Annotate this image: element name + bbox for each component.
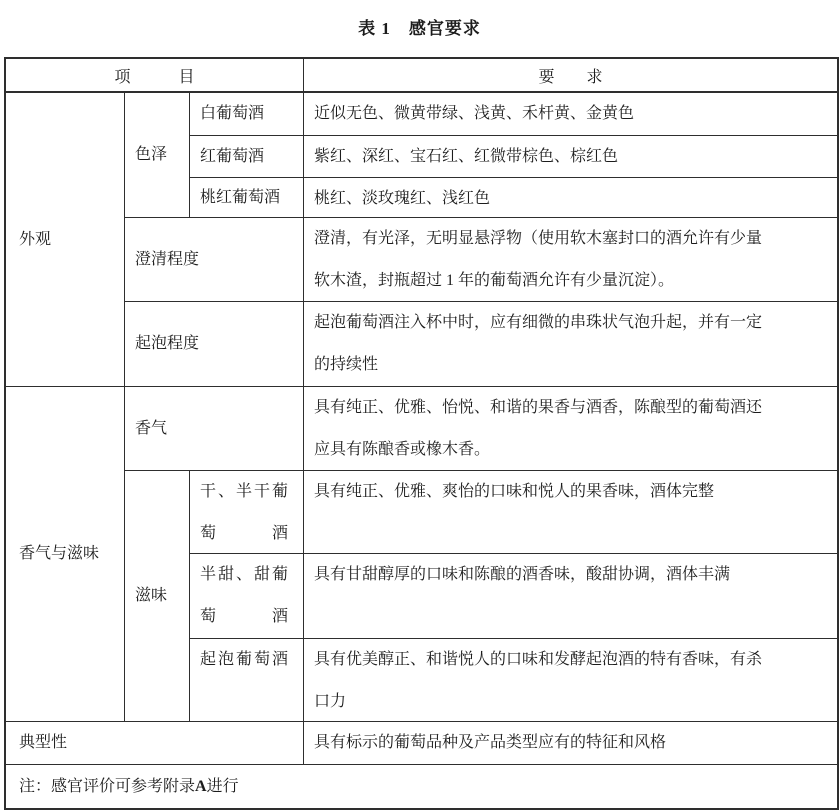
cell-effervescence: 起泡程度 xyxy=(125,302,304,387)
cell-note: 注：感官评价可参考附录 A 进行 xyxy=(6,765,837,808)
header-item-cell: 项 目 xyxy=(6,59,304,93)
effervescence-req-text: 起泡葡萄酒注入杯中时，应有细微的串珠状气泡升起，并有一定的持续性 xyxy=(314,302,766,386)
cell-clarity: 澄清程度 xyxy=(125,218,304,302)
cell-aroma: 香气 xyxy=(125,387,304,471)
cell-semisweet-sweet-wine: 半甜、甜葡萄酒 xyxy=(190,554,304,639)
cell-appearance: 外观 xyxy=(6,93,125,387)
aroma-req-text: 具有纯正、优雅、怡悦、和谐的果香与酒香，陈酿型的葡萄酒还应具有陈酿香或橡木香。 xyxy=(314,387,766,471)
cell-typicality: 典型性 xyxy=(6,722,304,765)
typicality-req-text: 具有标示的葡萄品种及产品类型应有的特征和风格 xyxy=(314,722,666,764)
dry-semidry-wine-label: 干、半干葡萄酒 xyxy=(200,471,288,554)
sparkling-wine-label: 起泡葡萄酒 xyxy=(200,639,288,681)
note-suffix: 进行 xyxy=(207,766,239,808)
sensory-requirements-table: 项 目 要 求 外观 色泽 白葡萄酒 近似无色、微黄带绿、浅黄、禾杆黄、金黄色 … xyxy=(4,57,839,810)
cell-rose-wine: 桃红葡萄酒 xyxy=(190,178,304,218)
cell-color: 色泽 xyxy=(125,93,190,218)
cell-dry-semidry-wine-req: 具有纯正、优雅、爽怡的口味和悦人的果香味，酒体完整 xyxy=(304,471,837,554)
cell-clarity-req: 澄清，有光泽，无明显悬浮物（使用软木塞封口的酒允许有少量软木渣，封瓶超过 1 年… xyxy=(304,218,837,302)
cell-rose-wine-req: 桃红、淡玫瑰红、浅红色 xyxy=(304,178,837,218)
note-appendix-ref: A xyxy=(195,766,207,808)
cell-semisweet-sweet-wine-req: 具有甘甜醇厚的口味和陈酿的酒香味，酸甜协调，酒体丰满 xyxy=(304,554,837,639)
dry-semidry-wine-req-text: 具有纯正、优雅、爽怡的口味和悦人的果香味，酒体完整 xyxy=(314,471,714,513)
cell-red-wine-req: 紫红、深红、宝石红、红微带棕色、棕红色 xyxy=(304,136,837,178)
white-wine-req-text: 近似无色、微黄带绿、浅黄、禾杆黄、金黄色 xyxy=(314,93,634,135)
table-title: 表 1 感官要求 xyxy=(0,14,839,39)
cell-sparkling-wine: 起泡葡萄酒 xyxy=(190,639,304,722)
cell-dry-semidry-wine: 干、半干葡萄酒 xyxy=(190,471,304,554)
semisweet-sweet-wine-req-text: 具有甘甜醇厚的口味和陈酿的酒香味，酸甜协调，酒体丰满 xyxy=(314,554,730,596)
note-prefix: 注：感官评价可参考附录 xyxy=(19,766,195,808)
cell-sparkling-wine-req: 具有优美醇正、和谐悦人的口味和发酵起泡酒的特有香味，有杀口力 xyxy=(304,639,837,722)
clarity-req-text: 澄清，有光泽，无明显悬浮物（使用软木塞封口的酒允许有少量软木渣，封瓶超过 1 年… xyxy=(314,218,766,302)
cell-effervescence-req: 起泡葡萄酒注入杯中时，应有细微的串珠状气泡升起，并有一定的持续性 xyxy=(304,302,837,387)
sparkling-wine-req-text: 具有优美醇正、和谐悦人的口味和发酵起泡酒的特有香味，有杀口力 xyxy=(314,639,766,722)
red-wine-req-text: 紫红、深红、宝石红、红微带棕色、棕红色 xyxy=(314,136,618,178)
cell-white-wine-req: 近似无色、微黄带绿、浅黄、禾杆黄、金黄色 xyxy=(304,93,837,136)
cell-red-wine: 红葡萄酒 xyxy=(190,136,304,178)
cell-white-wine: 白葡萄酒 xyxy=(190,93,304,136)
header-requirement-cell: 要 求 xyxy=(304,59,837,93)
cell-taste: 滋味 xyxy=(125,471,190,722)
semisweet-sweet-wine-label: 半甜、甜葡萄酒 xyxy=(200,554,288,638)
cell-aroma-req: 具有纯正、优雅、怡悦、和谐的果香与酒香，陈酿型的葡萄酒还应具有陈酿香或橡木香。 xyxy=(304,387,837,471)
cell-aroma-taste: 香气与滋味 xyxy=(6,387,125,722)
rose-wine-req-text: 桃红、淡玫瑰红、浅红色 xyxy=(314,178,490,218)
cell-typicality-req: 具有标示的葡萄品种及产品类型应有的特征和风格 xyxy=(304,722,837,765)
